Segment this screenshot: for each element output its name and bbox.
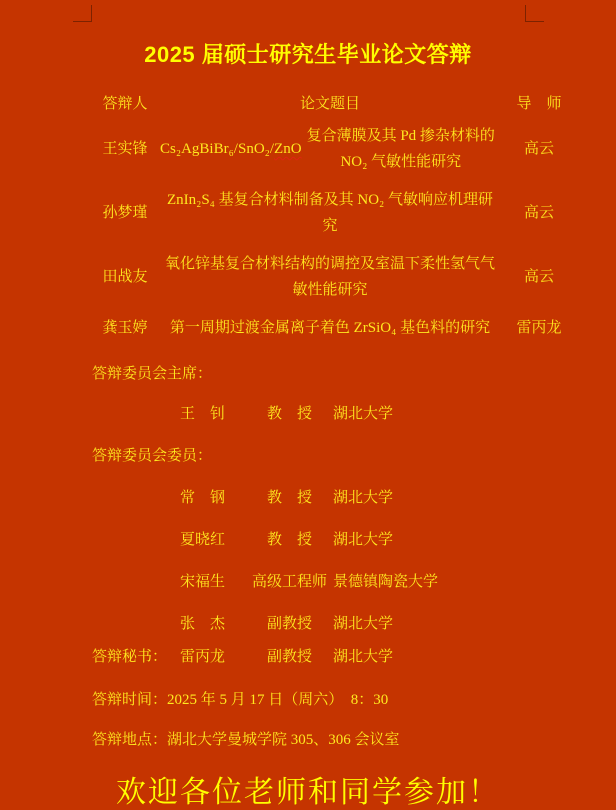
committee-member-row: 夏晓红 教 授 湖北大学 [180,531,616,549]
column-header-advisor: 导 师 [500,91,578,117]
table-row-3-thesis: 氧化锌基复合材料结构的调控及室温下柔性氢气气敏性能研究 [160,245,500,309]
table-row-1-advisor: 高云 [500,117,578,181]
member-name: 常 钢 [180,489,246,507]
time-label: 答辩时间： [92,691,167,709]
thesis-text: Cs₂AgBiBr₆/SnO₂/ [160,136,274,162]
member-title: 教 授 [246,531,333,549]
defense-place-row: 答辩地点： 湖北大学曼城学院 305、306 会议室 [92,731,616,749]
place-value: 湖北大学曼城学院 305、306 会议室 [167,731,400,749]
committee-chair-row: 王 钊 教 授 湖北大学 [180,405,616,423]
member-title: 高级工程师 [246,573,333,591]
thesis-text: 复合薄膜及其 Pd 掺杂材料的 NO₂ 气敏性能研究 [302,123,500,175]
committee-member-row: 常 钢 教 授 湖北大学 [180,489,616,507]
table-row-3-advisor: 高云 [500,245,578,309]
member-name: 夏晓红 [180,531,246,549]
committee-member-row: 宋福生 高级工程师 景德镇陶瓷大学 [180,573,616,591]
committee-member-row: 张 杰 副教授 湖北大学 [180,615,616,633]
text-boundary-mark-top-left [73,5,92,22]
table-row-2-defender: 孙梦瑾 [90,181,160,245]
page-title: 2025 届硕士研究生毕业论文答辩 [0,0,616,69]
secretary-organization: 湖北大学 [333,648,393,666]
secretary-title: 副教授 [246,648,333,666]
welcome-banner: 欢迎各位老师和同学参加！ [0,767,616,810]
defense-time-row: 答辩时间： 2025 年 5 月 17 日（周六） 8：30 [92,691,616,709]
table-row-3-defender: 田战友 [90,245,160,309]
member-name: 张 杰 [180,615,246,633]
committee-members-label: 答辩委员会委员： [92,447,616,465]
member-organization: 湖北大学 [333,531,393,549]
chair-organization: 湖北大学 [333,405,393,423]
chair-title: 教 授 [246,405,333,423]
member-organization: 景德镇陶瓷大学 [333,573,438,591]
defense-announcement-page: 2025 届硕士研究生毕业论文答辩 答辩人 论文题目 导 师 王实锋 Cs₂Ag… [0,0,616,810]
place-label: 答辩地点： [92,731,167,749]
time-value: 2025 年 5 月 17 日（周六） 8：30 [167,691,388,709]
column-header-defender: 答辩人 [90,91,160,117]
table-row-2-advisor: 高云 [500,181,578,245]
table-row-4-advisor: 雷丙龙 [500,309,578,347]
table-row-2-thesis: ZnIn₂S₄ 基复合材料制备及其 NO₂ 气敏响应机理研究 [160,181,500,245]
text-boundary-mark-top-right [525,5,544,22]
column-header-thesis: 论文题目 [160,91,500,117]
member-organization: 湖北大学 [333,615,393,633]
defense-table: 答辩人 论文题目 导 师 王实锋 Cs₂AgBiBr₆/SnO₂/ZnO 复合薄… [0,91,616,347]
committee-chair-label: 答辩委员会主席： [92,365,616,383]
table-row-1-defender: 王实锋 [90,117,160,181]
member-name: 宋福生 [180,573,246,591]
member-title: 教 授 [246,489,333,507]
member-title: 副教授 [246,615,333,633]
thesis-text-spellcheck-flagged: ZnO [274,136,302,162]
table-row-4-thesis: 第一周期过渡金属离子着色 ZrSiO₄ 基色料的研究 [160,309,500,347]
table-row-4-defender: 龚玉婷 [90,309,160,347]
secretary-name: 雷丙龙 [180,648,246,666]
member-organization: 湖北大学 [333,489,393,507]
secretary-label: 答辩秘书： [92,648,180,666]
secretary-row: 答辩秘书： 雷丙龙 副教授 湖北大学 [92,648,616,666]
table-row-1-thesis: Cs₂AgBiBr₆/SnO₂/ZnO 复合薄膜及其 Pd 掺杂材料的 NO₂ … [160,117,500,181]
chair-name: 王 钊 [180,405,246,423]
